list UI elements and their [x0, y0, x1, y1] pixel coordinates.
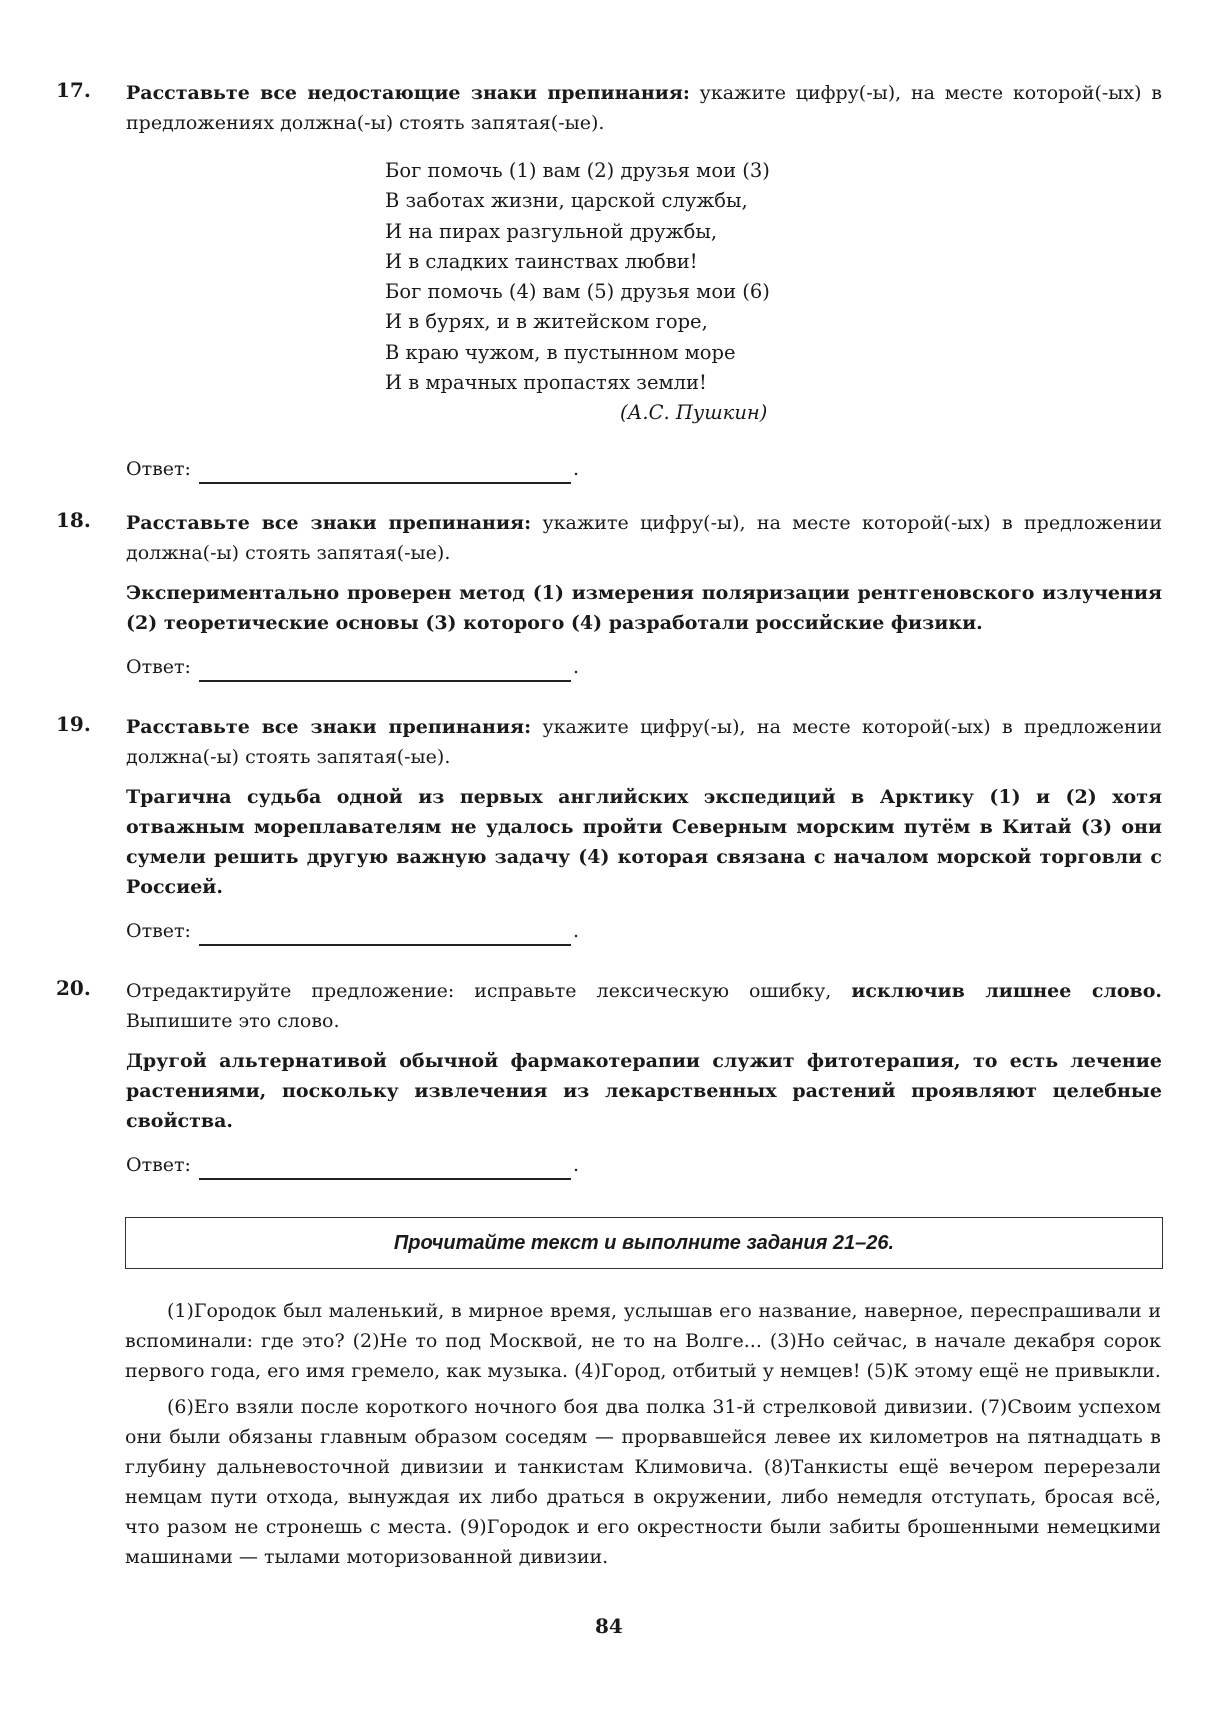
- answer-label: Ответ:: [126, 916, 191, 946]
- poem-line: И в сладких таинствах любви!: [385, 247, 770, 277]
- poem-line: Бог помочь (4) вам (5) друзья мои (6): [385, 277, 770, 307]
- poem-line: И на пирах разгульной дружбы,: [385, 217, 770, 247]
- task-sentence: Экспериментально проверен метод (1) изме…: [126, 578, 1162, 638]
- instruction-bold: исключив лишнее слово.: [851, 980, 1162, 1002]
- poem-line: В краю чужом, в пустынном море: [385, 338, 770, 368]
- task-instruction: Расставьте все недостающие знаки препина…: [126, 78, 1162, 138]
- exam-page: 17. Расставьте все недостающие знаки пре…: [0, 0, 1222, 1712]
- task-20: 20. Отредактируйте предложение: исправьт…: [56, 976, 1162, 1180]
- task-sentence: Другой альтернативой обычной фармакотера…: [126, 1046, 1162, 1136]
- task-sentence: Трагична судьба одной из первых английск…: [126, 782, 1162, 902]
- instruction-text: Отредактируйте предложение: исправьте ле…: [126, 980, 851, 1002]
- task-number: 18.: [56, 508, 91, 532]
- answer-row: Ответ: .: [126, 916, 1162, 946]
- answer-label: Ответ:: [126, 454, 191, 484]
- reading-text: (1)Городок был маленький, в мирное время…: [125, 1296, 1161, 1578]
- answer-field[interactable]: [199, 462, 571, 484]
- task-19: 19. Расставьте все знаки препинания: ука…: [56, 712, 1162, 946]
- poem-line: И в бурях, и в житейском горе,: [385, 307, 770, 337]
- instruction-bold: Расставьте все недостающие знаки препина…: [126, 82, 690, 104]
- poem-line: Бог помочь (1) вам (2) друзья мои (3): [385, 156, 770, 186]
- answer-label: Ответ:: [126, 652, 191, 682]
- task-number: 19.: [56, 712, 91, 736]
- task-number: 20.: [56, 976, 91, 1000]
- text-paragraph: (1)Городок был маленький, в мирное время…: [125, 1296, 1161, 1386]
- answer-row: Ответ: .: [126, 1150, 1162, 1180]
- answer-field[interactable]: [199, 660, 571, 682]
- text-paragraph: (6)Его взяли после короткого ночного боя…: [125, 1392, 1161, 1572]
- instruction-bold: Расставьте все знаки препинания:: [126, 512, 531, 534]
- instruction-bold: Расставьте все знаки препинания:: [126, 716, 531, 738]
- task-instruction: Отредактируйте предложение: исправьте ле…: [126, 976, 1162, 1036]
- answer-field[interactable]: [199, 1158, 571, 1180]
- task-instruction: Расставьте все знаки препинания: укажите…: [126, 712, 1162, 772]
- section-banner: Прочитайте текст и выполните задания 21–…: [125, 1217, 1163, 1269]
- page-number: 84: [595, 1614, 623, 1638]
- answer-field[interactable]: [199, 924, 571, 946]
- instruction-text: Выпишите это слово.: [126, 1010, 340, 1032]
- answer-row: Ответ: .: [126, 454, 1162, 484]
- poem-author: (А.С. Пушкин): [385, 398, 770, 428]
- poem-line: И в мрачных пропастях земли!: [385, 368, 770, 398]
- poem-line: В заботах жизни, царской службы,: [385, 186, 770, 216]
- poem: Бог помочь (1) вам (2) друзья мои (3) В …: [385, 156, 770, 429]
- answer-label: Ответ:: [126, 1150, 191, 1180]
- task-17-answer: Ответ: .: [56, 440, 1162, 484]
- task-18: 18. Расставьте все знаки препинания: ука…: [56, 508, 1162, 682]
- answer-row: Ответ: .: [126, 652, 1162, 682]
- task-number: 17.: [56, 78, 91, 102]
- task-17: 17. Расставьте все недостающие знаки пре…: [56, 78, 1162, 138]
- task-instruction: Расставьте все знаки препинания: укажите…: [126, 508, 1162, 568]
